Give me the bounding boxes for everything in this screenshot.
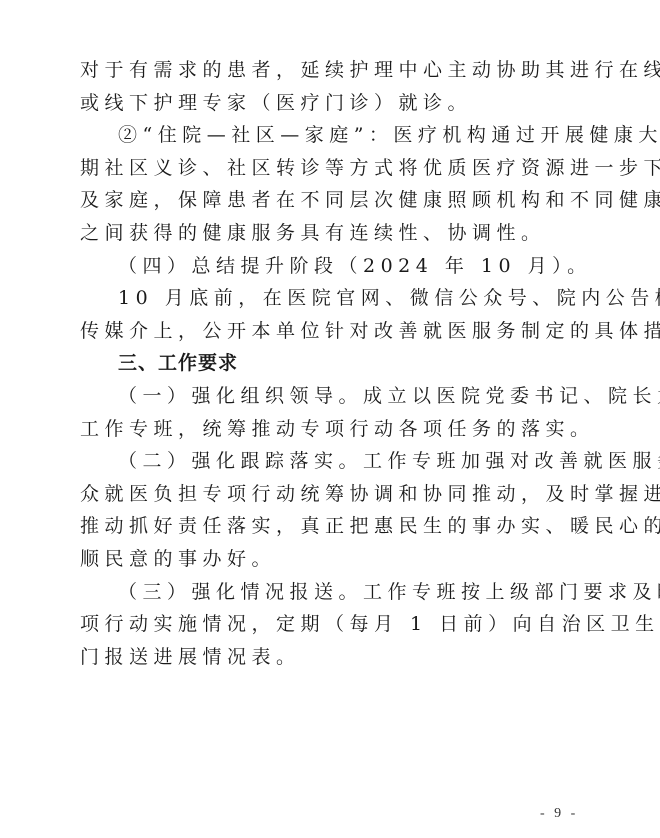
paragraph-line: （二）强化跟踪落实。工作专班加强对改善就医服务减轻群 xyxy=(80,445,580,478)
paragraph-line: 或线下护理专家（医疗门诊）就诊。 xyxy=(80,87,580,120)
paragraph-line: 期社区义诊、社区转诊等方式将优质医疗资源进一步下沉至社区 xyxy=(80,152,580,185)
paragraph-line: 众就医负担专项行动统筹协调和协同推动，及时掌握进展情况， xyxy=(80,478,580,511)
paragraph-line: 推动抓好责任落实，真正把惠民生的事办实、暖民心的事办细、 xyxy=(80,510,580,543)
document-body: 对于有需求的患者，延续护理中心主动协助其进行在线门诊咨询 或线下护理专家（医疗门… xyxy=(80,54,580,673)
subsection-heading: （四）总结提升阶段（2024 年 10 月）。 xyxy=(80,250,580,283)
paragraph-line: 传媒介上，公开本单位针对改善就医服务制定的具体措施。 xyxy=(80,315,580,348)
paragraph-line: 对于有需求的患者，延续护理中心主动协助其进行在线门诊咨询 xyxy=(80,54,580,87)
document-page: 对于有需求的患者，延续护理中心主动协助其进行在线门诊咨询 或线下护理专家（医疗门… xyxy=(0,0,660,838)
paragraph-line: 工作专班，统筹推动专项行动各项任务的落实。 xyxy=(80,413,580,446)
paragraph-line: ②“住院—社区—家庭”：医疗机构通过开展健康大讲堂、定 xyxy=(80,119,580,152)
paragraph-line: （三）强化情况报送。工作专班按上级部门要求及时上报专 xyxy=(80,576,580,609)
paragraph-line: 10 月底前，在医院官网、微信公众号、院内公告栏及其他宣 xyxy=(80,282,580,315)
page-number: - 9 - xyxy=(540,806,578,822)
paragraph-line: （一）强化组织领导。成立以医院党委书记、院长为组长的 xyxy=(80,380,580,413)
paragraph-line: 之间获得的健康服务具有连续性、协调性。 xyxy=(80,217,580,250)
paragraph-line: 项行动实施情况，定期（每月 1 日前）向自治区卫生健康主管部 xyxy=(80,608,580,641)
paragraph-line: 门报送进展情况表。 xyxy=(80,641,580,674)
paragraph-line: 及家庭，保障患者在不同层次健康照顾机构和不同健康照顾场所 xyxy=(80,184,580,217)
section-heading: 三、工作要求 xyxy=(80,347,580,380)
paragraph-line: 顺民意的事办好。 xyxy=(80,543,580,576)
